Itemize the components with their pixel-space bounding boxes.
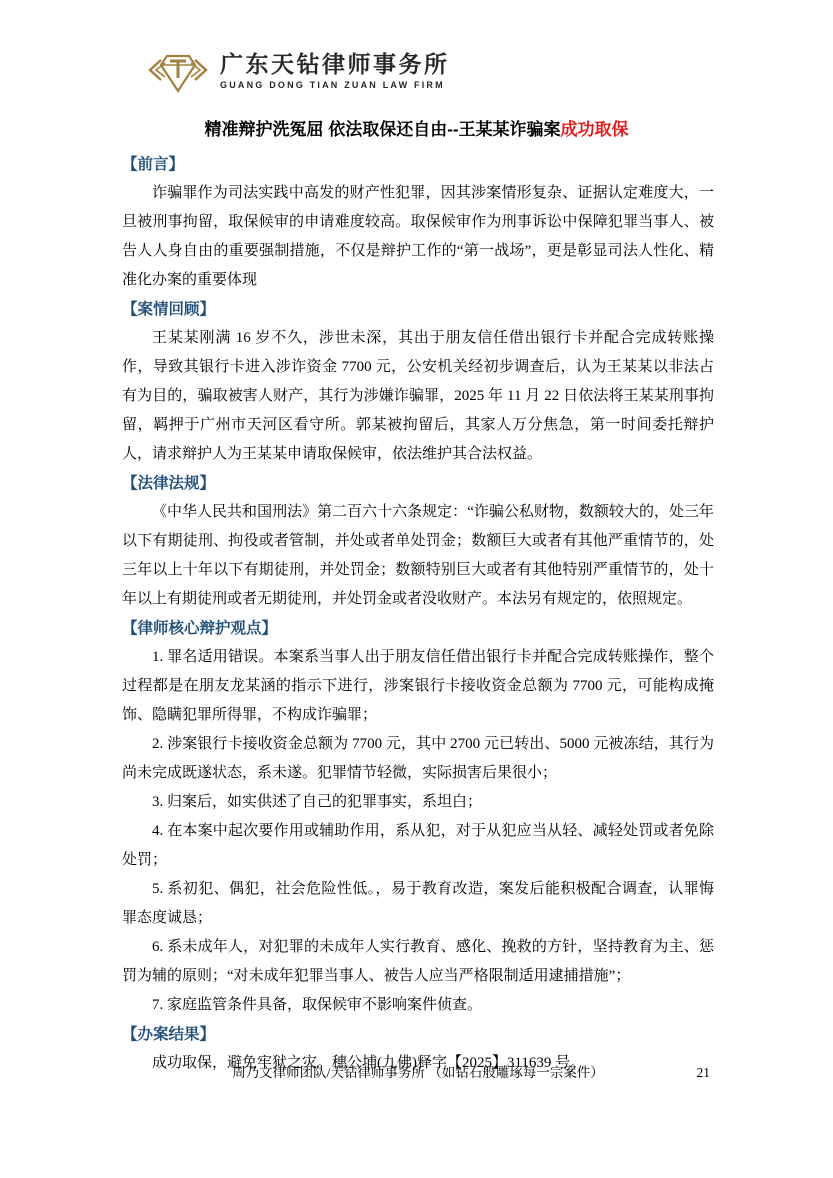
- diamond-logo-icon: [146, 46, 210, 96]
- defense-point-1: 1. 罪名适用错误。本案系当事人出于朋友信任借出银行卡并配合完成转账操作，整个过…: [122, 643, 714, 730]
- firm-name-block: 广东天钻律师事务所 GUANG DONG TIAN ZUAN LAW FIRM: [220, 52, 450, 89]
- section-heading-defense-points: 【律师核心辩护观点】: [122, 614, 714, 643]
- document-page: 广东天钻律师事务所 GUANG DONG TIAN ZUAN LAW FIRM …: [0, 0, 833, 1178]
- defense-point-4: 4. 在本案中起次要作用或辅助作用，系从犯，对于从犯应当从轻、减轻处罚或者免除处…: [122, 817, 714, 875]
- article-body: 【前言】 诈骗罪作为司法实践中高发的财产性犯罪，因其涉案情形复杂、证据认定难度大…: [122, 150, 714, 1078]
- defense-point-3: 3. 归案后，如实供述了自己的犯罪事实，系坦白；: [122, 788, 714, 817]
- page-footer: 周乃文律师团队/天钻律师事务所 （如钻石般雕琢每一宗案件） 21: [122, 1062, 714, 1084]
- footer-text: 周乃文律师团队/天钻律师事务所 （如钻石般雕琢每一宗案件）: [122, 1062, 714, 1084]
- section-defense-points: 【律师核心辩护观点】 1. 罪名适用错误。本案系当事人出于朋友信任借出银行卡并配…: [122, 614, 714, 1020]
- paragraph: 《中华人民共和国刑法》第二百六十六条规定：“诈骗公私财物，数额较大的，处三年以下…: [122, 498, 714, 614]
- section-heading-case-review: 【案情回顾】: [122, 295, 714, 324]
- section-foreword: 【前言】 诈骗罪作为司法实践中高发的财产性犯罪，因其涉案情形复杂、证据认定难度大…: [122, 150, 714, 295]
- defense-point-6: 6. 系未成年人，对犯罪的未成年人实行教育、感化、挽救的方针，坚持教育为主、惩罚…: [122, 933, 714, 991]
- section-case-review: 【案情回顾】 王某某刚满 16 岁不久，涉世未深，其出于朋友信任借出银行卡并配合…: [122, 295, 714, 469]
- section-laws: 【法律法规】 《中华人民共和国刑法》第二百六十六条规定：“诈骗公私财物，数额较大…: [122, 469, 714, 614]
- section-heading-laws: 【法律法规】: [122, 469, 714, 498]
- article-title: 精准辩护洗冤屈 依法取保还自由--王某某诈骗案成功取保: [0, 117, 833, 143]
- firm-name-cn: 广东天钻律师事务所: [220, 52, 450, 77]
- article-title-highlight: 成功取保: [561, 120, 629, 139]
- letterhead: 广东天钻律师事务所 GUANG DONG TIAN ZUAN LAW FIRM: [146, 46, 450, 96]
- paragraph: 王某某刚满 16 岁不久，涉世未深，其出于朋友信任借出银行卡并配合完成转账操作，…: [122, 324, 714, 469]
- article-title-main: 精准辩护洗冤屈 依法取保还自由--王某某诈骗案: [204, 120, 560, 139]
- section-heading-foreword: 【前言】: [122, 150, 714, 179]
- defense-point-5: 5. 系初犯、偶犯，社会危险性低。，易于教育改造，案发后能积极配合调查，认罪悔罪…: [122, 875, 714, 933]
- paragraph: 诈骗罪作为司法实践中高发的财产性犯罪，因其涉案情形复杂、证据认定难度大，一旦被刑…: [122, 179, 714, 295]
- defense-point-7: 7. 家庭监管条件具备，取保候审不影响案件侦查。: [122, 991, 714, 1020]
- section-heading-result: 【办案结果】: [122, 1020, 714, 1049]
- firm-name-en: GUANG DONG TIAN ZUAN LAW FIRM: [220, 80, 450, 90]
- page-number: 21: [697, 1062, 711, 1084]
- defense-point-2: 2. 涉案银行卡接收资金总额为 7700 元，其中 2700 元已转出、5000…: [122, 730, 714, 788]
